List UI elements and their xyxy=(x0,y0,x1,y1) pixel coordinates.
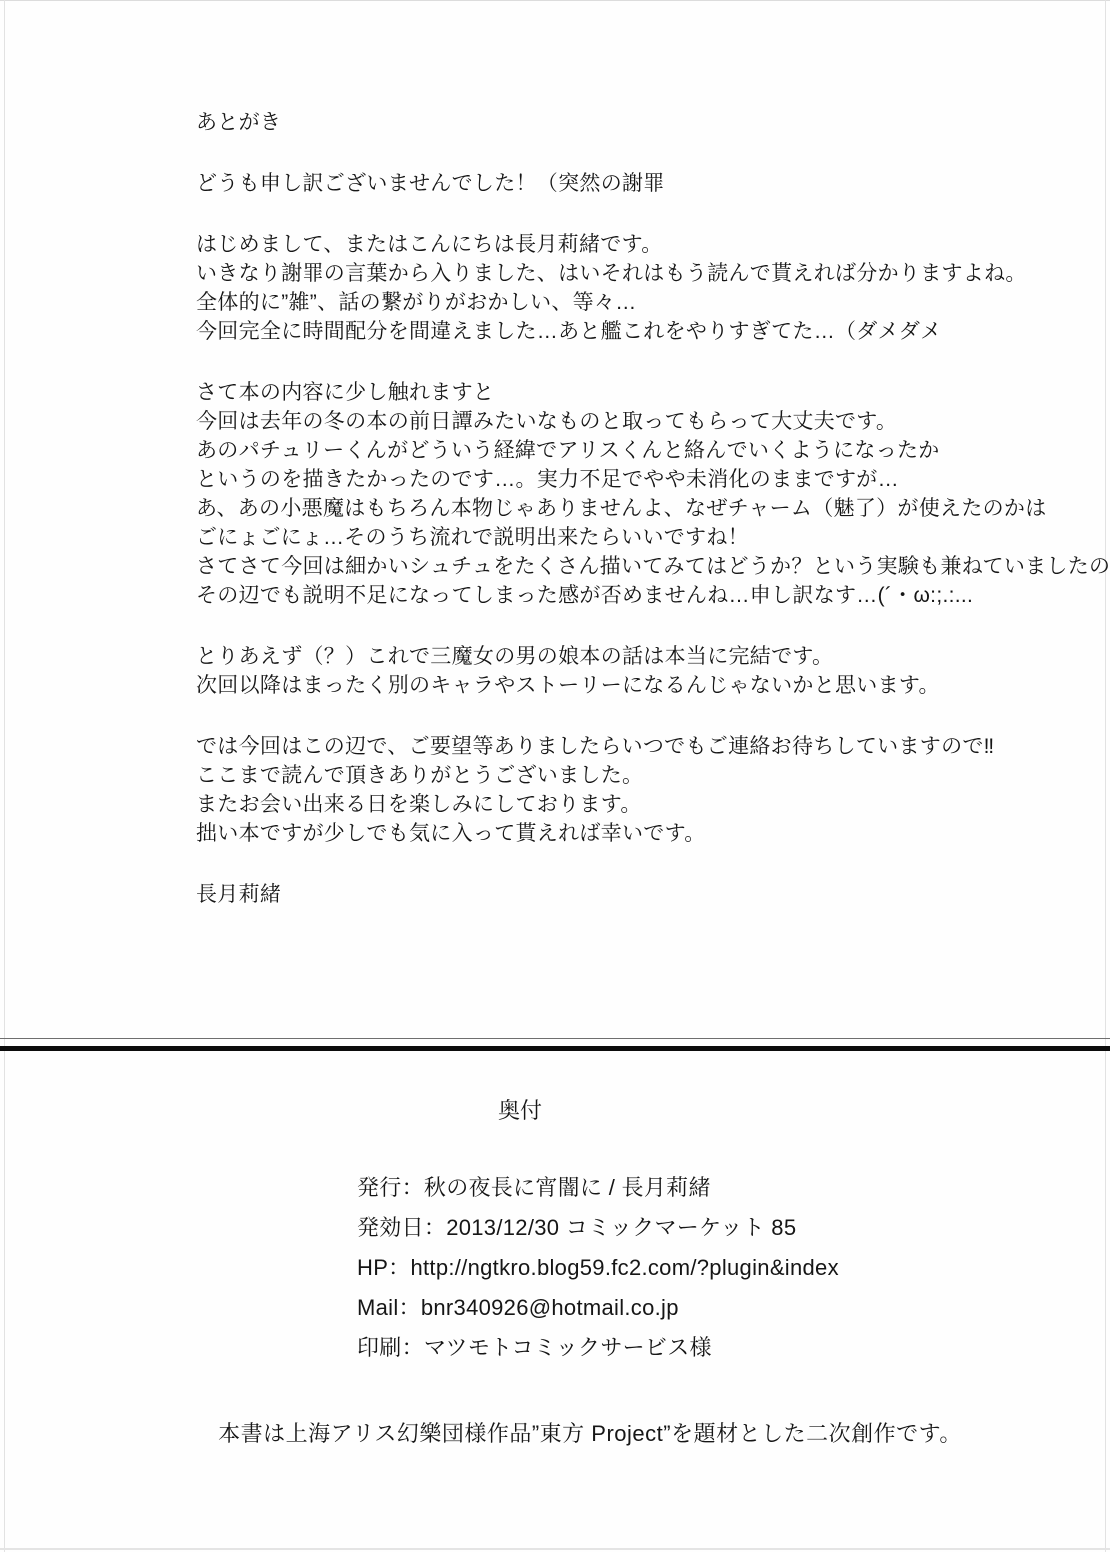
colophon-section: 発行：秋の夜長に宵闇に / 長月莉緒 発効日：2013/12/30 コミックマー… xyxy=(357,1168,839,1368)
afterword-line: はじめまして、またはこんにちは長月莉緒です。 xyxy=(196,230,1080,259)
afterword-line: では今回はこの辺で、ご要望等ありましたらいつでもご連絡お待ちしていますので‼ xyxy=(196,732,1080,761)
afterword-line: またお会い出来る日を楽しみにしております。 xyxy=(196,790,1080,819)
scanned-afterword-page: あとがき どうも申し訳ございませんでした！（突然の謝罪 はじめまして、またはこん… xyxy=(0,0,1110,1552)
colophon-publisher-line: 発行：秋の夜長に宵闇に / 長月莉緒 xyxy=(357,1168,839,1208)
afterword-line: いきなり謝罪の言葉から入りました、はいそれはもう読んで貰えれば分かりますよね。 xyxy=(196,259,1080,288)
afterword-line: どうも申し訳ございませんでした！（突然の謝罪 xyxy=(196,169,1080,198)
afterword-paragraph: とりあえず（？）これで三魔女の男の娘本の話は本当に完結です。 次回以降はまったく… xyxy=(196,642,1080,700)
afterword-line: 全体的に”雑”、話の繋がりがおかしい、等々… xyxy=(196,288,1080,317)
colophon-title: 奥付 xyxy=(0,1096,1040,1125)
colophon-printer-line: 印刷：マツモトコミックサービス様 xyxy=(357,1328,839,1368)
page-edge-top xyxy=(0,0,1110,1)
colophon-homepage-line: HP：http://ngtkro.blog59.fc2.com/?plugin&… xyxy=(357,1248,839,1288)
afterword-line: さて本の内容に少し触れますと xyxy=(196,378,1080,407)
page-edge-left xyxy=(4,0,5,1552)
afterword-line: というのを描きたかったのです…。実力不足でやや未消化のままですが… xyxy=(196,465,1080,494)
page-edge-right xyxy=(1105,0,1106,1552)
afterword-line: その辺でも説明不足になってしまった感が否めませんね…申し訳なす…(´・ω:;.:… xyxy=(196,581,1080,610)
afterword-line: とりあえず（？）これで三魔女の男の娘本の話は本当に完結です。 xyxy=(196,642,1080,671)
afterword-line: 今回完全に時間配分を間違えました…あと艦これをやりすぎてた…（ダメダメ xyxy=(196,317,1080,346)
afterword-title: あとがき xyxy=(196,108,1080,137)
page-edge-bottom xyxy=(0,1548,1110,1550)
afterword-line: 今回は去年の冬の本の前日譚みたいなものと取ってもらって大丈夫です。 xyxy=(196,407,1080,436)
afterword-paragraph: さて本の内容に少し触れますと 今回は去年の冬の本の前日譚みたいなものと取ってもら… xyxy=(196,378,1080,610)
afterword-line: 長月莉緒 xyxy=(196,880,1080,909)
afterword-paragraph: どうも申し訳ございませんでした！（突然の謝罪 xyxy=(196,169,1080,198)
section-divider-thin-line xyxy=(0,1038,1110,1039)
section-divider-thick-line xyxy=(0,1046,1110,1051)
afterword-section: あとがき どうも申し訳ございませんでした！（突然の謝罪 はじめまして、またはこん… xyxy=(196,108,1080,909)
afterword-line: ごにょごにょ…そのうち流れで説明出来たらいいですね！ xyxy=(196,523,1080,552)
colophon-mail-line: Mail：bnr340926@hotmail.co.jp xyxy=(357,1288,839,1328)
afterword-paragraph: では今回はこの辺で、ご要望等ありましたらいつでもご連絡お待ちしていますので‼ こ… xyxy=(196,732,1080,848)
afterword-line: 次回以降はまったく別のキャラやストーリーになるんじゃないかと思います。 xyxy=(196,671,1080,700)
afterword-paragraph: はじめまして、またはこんにちは長月莉緒です。 いきなり謝罪の言葉から入りました、… xyxy=(196,230,1080,346)
author-signature: 長月莉緒 xyxy=(196,880,1080,909)
afterword-line: ここまで読んで頂きありがとうございました。 xyxy=(196,761,1080,790)
colophon-date-line: 発効日：2013/12/30 コミックマーケット 85 xyxy=(357,1208,839,1248)
afterword-line: さてさて今回は細かいシュチュをたくさん描いてみてはどうか？という実験も兼ねていま… xyxy=(196,552,1080,581)
afterword-line: 拙い本ですが少しでも気に入って貰えれば幸いです。 xyxy=(196,819,1080,848)
copyright-disclaimer: 本書は上海アリス幻樂団様作品”東方 Project”を題材とした二次創作です。 xyxy=(35,1419,1110,1448)
afterword-line: あ、あの小悪魔はもちろん本物じゃありませんよ、なぜチャーム（魅了）が使えたのかは xyxy=(196,494,1080,523)
afterword-line: あのパチュリーくんがどういう経緯でアリスくんと絡んでいくようになったか xyxy=(196,436,1080,465)
